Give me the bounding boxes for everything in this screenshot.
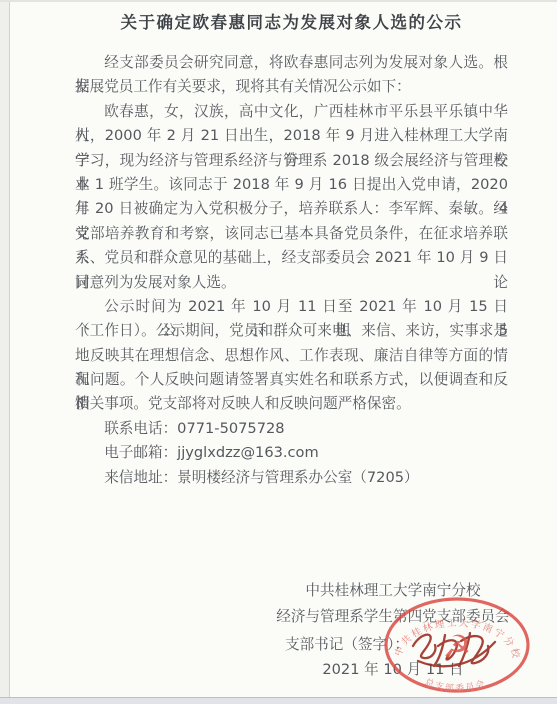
body-line: 人，2000 年 2 月 21 日出生，2018 年 9 月进入桂林理工大学南宁… [75, 124, 508, 148]
page-title: 关于确定欧春惠同志为发展对象人选的公示 [75, 9, 508, 33]
contact-address-line: 来信地址：景明楼经济与管理系办公室（7205） [75, 466, 508, 490]
body-line: 人、党员和群众意见的基础上，经支部委员会 2021 年 10 月 9 日讨论 [75, 246, 508, 270]
body-line: 地反映其在理想信念、思想作风、工作表现、廉洁自律等方面的情况 [75, 344, 508, 368]
body-line: 欧春惠，女，汉族，高中文化，广西桂林市平乐县平乐镇中华村 [75, 100, 508, 124]
scan-edge-bottom [0, 697, 557, 704]
signer-label: 支部书记（签字）： [285, 633, 409, 654]
signature-block: 中共桂林理工大学南宁分校 经济与管理系学生第四党支部委员会 支部书记（签字）： … [248, 578, 538, 683]
signer-row: 支部书记（签字）： [248, 631, 538, 657]
org-name-line1: 中共桂林理工大学南宁分校 [248, 578, 538, 604]
body-line: 和问题。个人反映问题请签署真实姓名和联系方式，以便调查和反馈 [75, 368, 508, 392]
handwritten-signature [405, 626, 501, 670]
body-line: 公示时间为 2021 年 10 月 11 日至 2021 年 10 月 15 日… [75, 295, 508, 319]
contact-phone-line: 联系电话：0771-5075728 [75, 417, 508, 441]
body-line: 个工作日）。公示期间，党员和群众可来电、来信、来访，实事求是 [75, 319, 508, 343]
body-line: 本 1 班学生。该同志于 2018 年 9 月 16 日提出入党申请，2020 … [75, 173, 508, 197]
body-line: 学习，现为经济与管理系经济与管理系 2018 级会展经济与管理专业 [75, 149, 508, 173]
scanned-notice-page: 关于确定欧春惠同志为发展对象人选的公示 经支部委员会研究同意，将欧春惠同志列为发… [0, 0, 557, 704]
contact-email-line: 电子邮箱：jjyglxdzz@163.com [75, 441, 508, 465]
notice-body: 经支部委员会研究同意，将欧春惠同志列为发展对象人选。根据 发展党员工作有关要求，… [75, 51, 508, 490]
scan-edge-top [0, 0, 557, 2]
body-line: 支部培养教育和考察，该同志已基本具备党员条件，在征求培养联系 [75, 222, 508, 246]
body-line: 月 20 日被确定为入党积极分子，培养联系人：李军辉、秦敏。经党 [75, 197, 508, 221]
body-line: 相关事项。党支部将对反映人和反映问题严格保密。 [75, 392, 508, 416]
scan-edge-left [0, 0, 10, 704]
body-line: 发展党员工作有关要求，现将其有关情况公示如下： [75, 75, 508, 99]
body-line: 经支部委员会研究同意，将欧春惠同志列为发展对象人选。根据 [75, 51, 508, 75]
